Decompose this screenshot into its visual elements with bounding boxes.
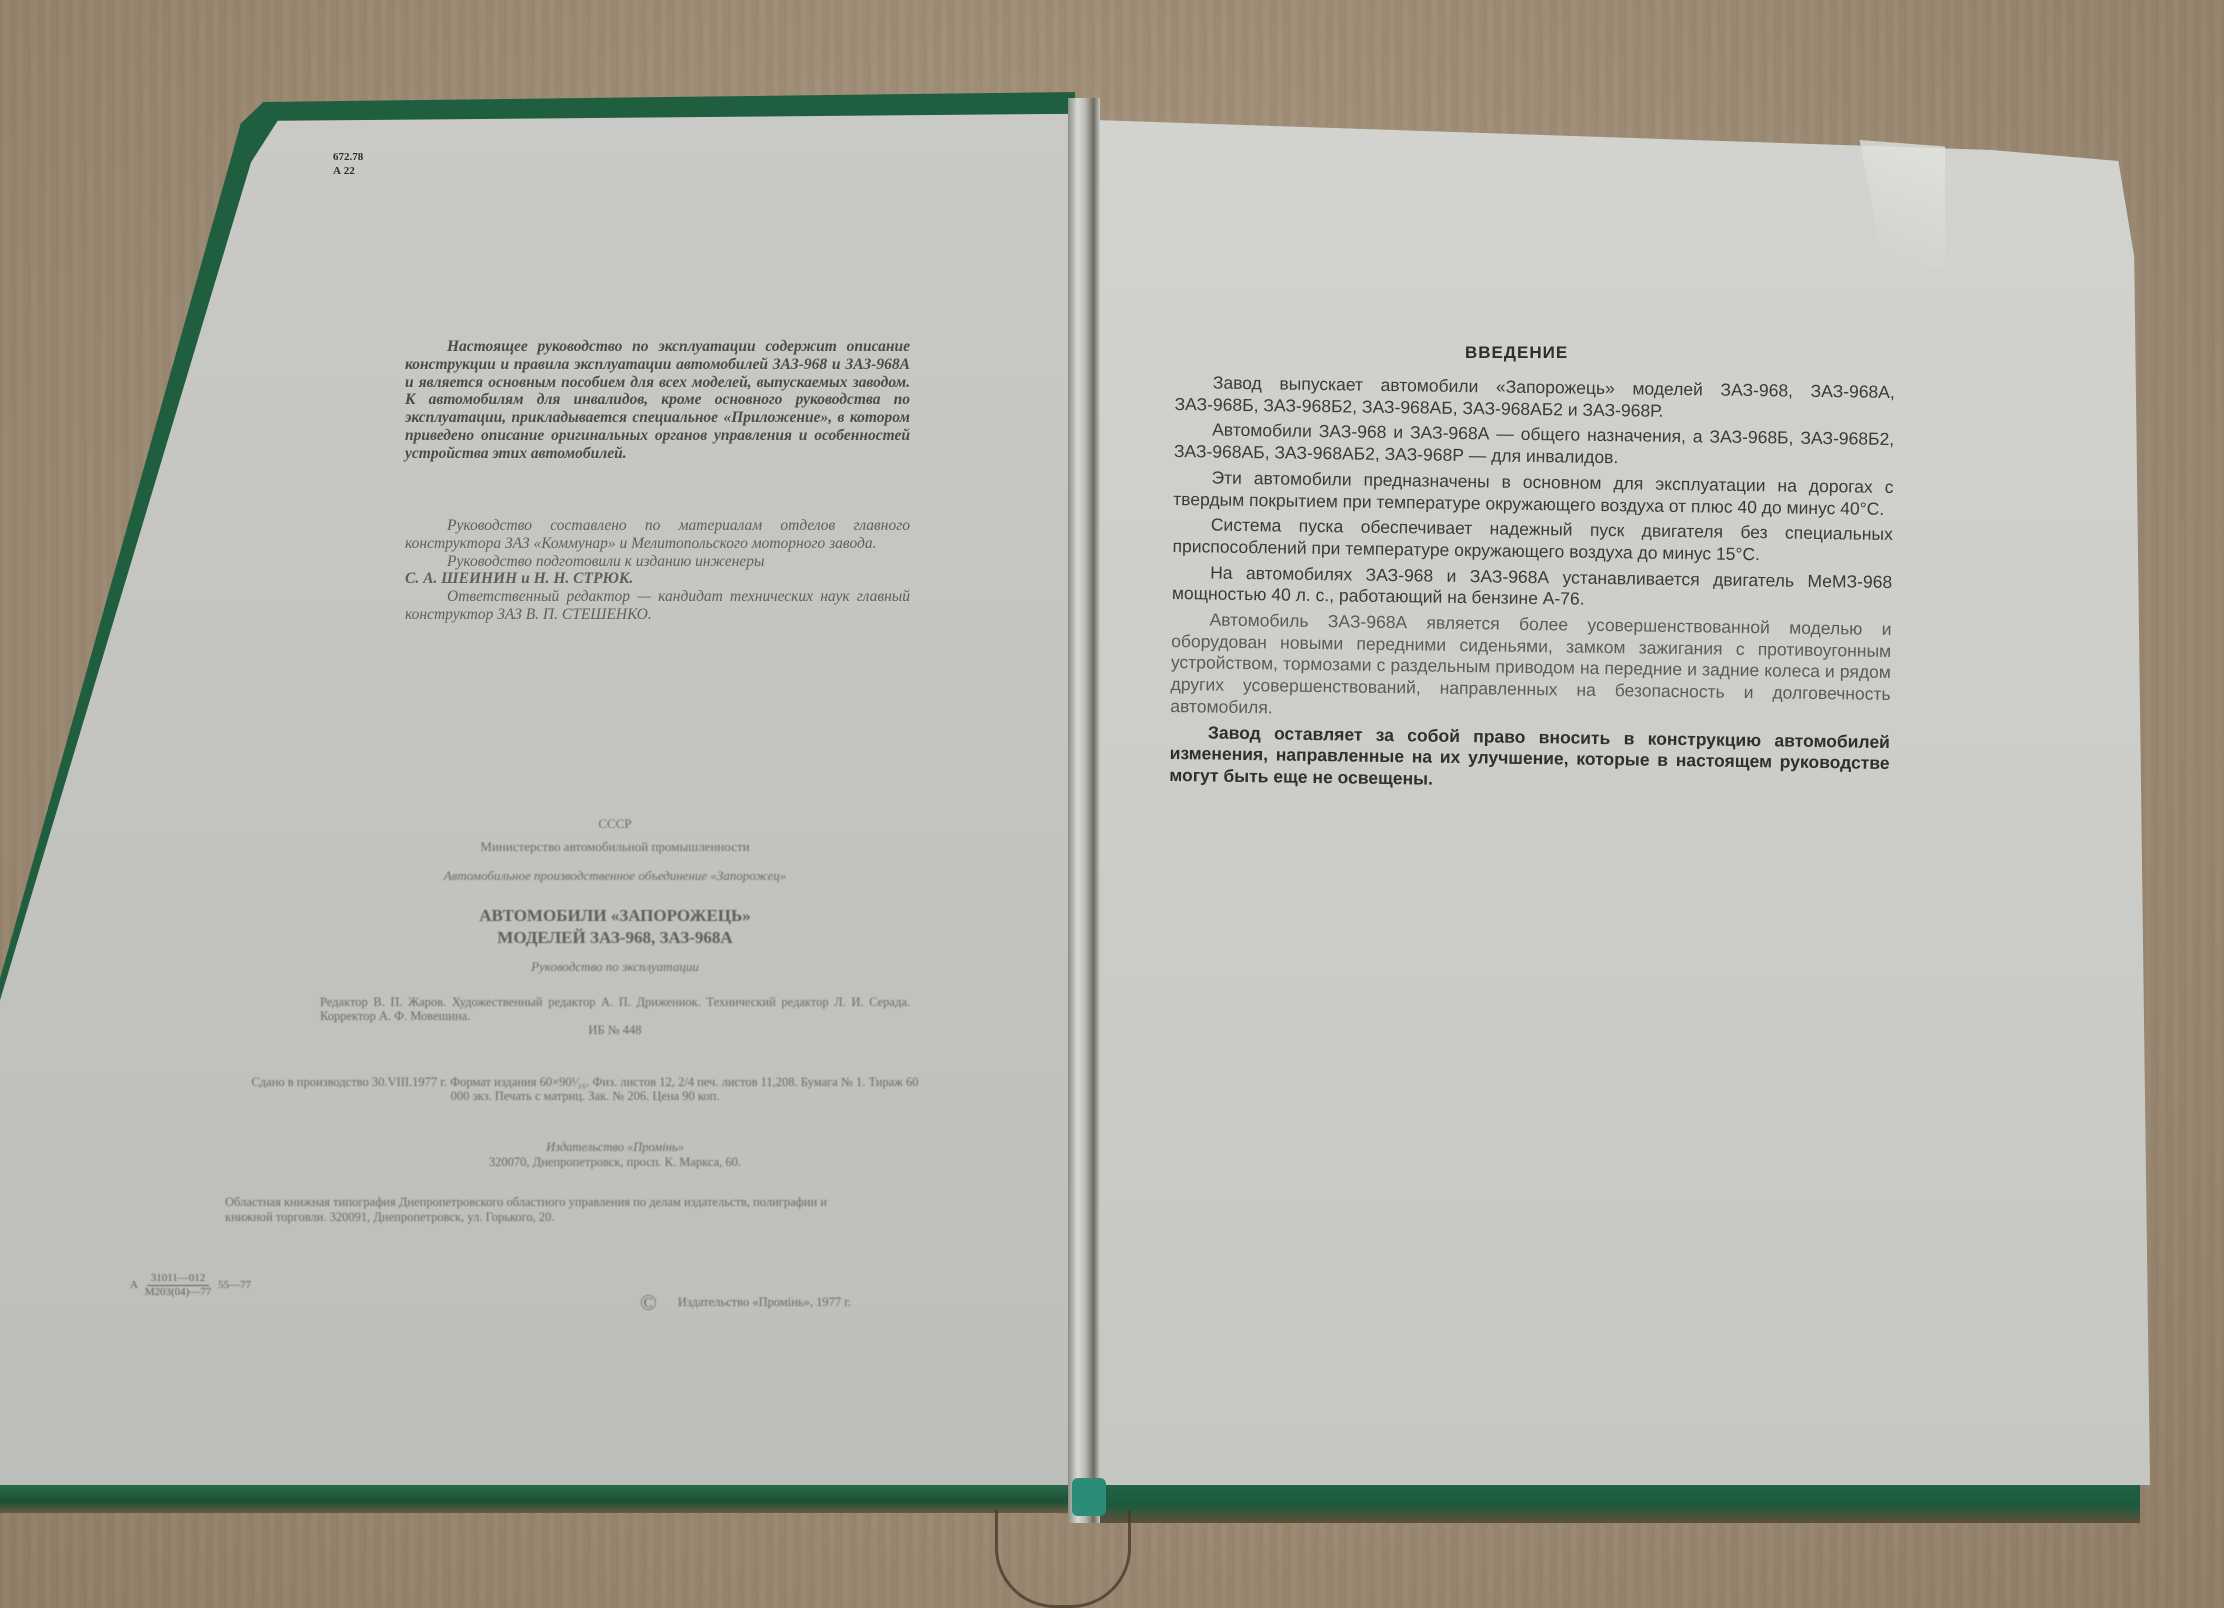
code-prefix: А (130, 1279, 138, 1291)
imprint-association: Автомобильное производственное объединен… (320, 867, 910, 884)
code-denominator: М203(04)—77 (145, 1286, 212, 1298)
introduction-body: Завод выпускает автомобили «Запорожець» … (1169, 372, 1895, 801)
imprint-print-info: Сдано в производство 30.VIII.1977 г. Фор… (245, 1075, 925, 1103)
credits-prepared-by: Руководство подготовили к изданию инжене… (405, 553, 910, 571)
imprint-printer: Областная книжная типография Днепропетро… (225, 1195, 865, 1225)
code-suffix: 55—77 (218, 1279, 251, 1291)
imprint-publisher: Издательство «Промінь» 320070, Днепропет… (320, 1140, 910, 1170)
page-heading: ВВЕДЕНИЕ (1465, 343, 1568, 363)
left-cover-bottom-edge (0, 1485, 1075, 1513)
imprint-country: СССР (320, 815, 910, 832)
imprint-staff-text: Редактор В. П. Жаров. Художественный ред… (320, 995, 910, 1023)
imprint-copyright: © Издательство «Промінь», 1977 г. (640, 1290, 851, 1316)
imprint-code: А 31011—012 М203(04)—77 55—77 (130, 1272, 251, 1299)
credits-editor: Ответственный редактор — кандидат технич… (405, 588, 910, 624)
imprint-title: АВТОМОБИЛИ «ЗАПОРОЖЕЦЬ» МОДЕЛЕЙ ЗАЗ-968,… (320, 905, 910, 949)
intro-paragraph: Завод выпускает автомобили «Запорожець» … (1174, 372, 1895, 425)
intro-paragraph: На автомобилях ЗАЗ-968 и ЗАЗ-968А устана… (1172, 562, 1893, 615)
imprint-title-line: МОДЕЛЕЙ ЗАЗ-968, ЗАЗ-968А (320, 927, 910, 949)
imprint-header: СССР Министерство автомобильной промышле… (320, 815, 910, 884)
code-numerator: 31011—012 (147, 1272, 210, 1286)
imprint-subtitle: Руководство по эксплуатации (320, 958, 910, 975)
intro-annotation: Настоящее руководство по эксплуатации со… (405, 338, 910, 463)
copyright-text: Издательство «Промінь», 1977 г. (678, 1295, 851, 1309)
call-number-line: 672.78 (333, 150, 363, 164)
call-number: 672.78 А 22 (333, 150, 363, 178)
intro-paragraph: Автомобиль ЗАЗ-968А является более усове… (1170, 609, 1891, 728)
imprint-publisher-name: Издательство «Промінь» (320, 1140, 910, 1155)
copyright-icon: © (640, 1290, 657, 1316)
intro-paragraph: Система пуска обеспечивает надежный пуск… (1172, 514, 1893, 567)
imprint-staff: Редактор В. П. Жаров. Художественный ред… (320, 995, 910, 1037)
intro-paragraph: Завод оставляет за собой право вносить в… (1169, 722, 1890, 797)
imprint-ministry: Министерство автомобильной промышленност… (320, 838, 910, 855)
credits-compiled-by: Руководство составлено по материалам отд… (405, 517, 910, 553)
credits-authors: С. А. ШЕИНИН и Н. Н. СТРЮК. (405, 570, 910, 588)
intro-paragraph: Автомобили ЗАЗ-968 и ЗАЗ-968А — общего н… (1174, 419, 1895, 472)
imprint-title-line: АВТОМОБИЛИ «ЗАПОРОЖЕЦЬ» (320, 905, 910, 927)
imprint-publisher-address: 320070, Днепропетровск, просп. К. Маркса… (320, 1155, 910, 1170)
imprint-ib-number: ИБ № 448 (320, 1023, 910, 1037)
credits-block: Руководство составлено по материалам отд… (405, 517, 910, 624)
right-page (1095, 120, 2150, 1485)
book-gutter (1068, 98, 1100, 1523)
intro-paragraph: Эти автомобили предназначены в основном … (1173, 467, 1894, 520)
call-number-line: А 22 (333, 164, 363, 178)
intro-paragraph: Настоящее руководство по эксплуатации со… (405, 338, 910, 463)
